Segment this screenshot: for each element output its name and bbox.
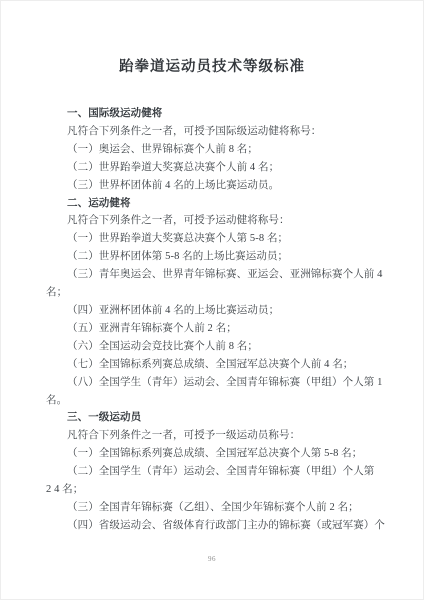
section-intro: 凡符合下列条件之一者，可授予运动健将称号： <box>46 212 385 230</box>
document-body: 一、国际级运动健将凡符合下列条件之一者，可授予国际级运动健将称号：（一）奥运会、… <box>1 105 423 535</box>
list-item: （二）世界跆拳道大奖赛总决赛个人前 4 名； <box>46 159 385 177</box>
list-item: （二）世界杯团体第 5-8 名的上场比赛运动员； <box>46 248 385 266</box>
list-item: （二）全国学生（青年）运动会、全国青年锦标赛（甲组）个人第 <box>46 463 385 481</box>
section-heading: 三、一级运动员 <box>46 409 385 427</box>
list-item-continuation: 2 4 名； <box>46 481 385 499</box>
section-intro: 凡符合下列条件之一者，可授予国际级运动健将称号： <box>46 123 385 141</box>
section-heading: 一、国际级运动健将 <box>46 105 385 123</box>
list-item: （三）世界杯团体前 4 名的上场比赛运动员。 <box>46 177 385 195</box>
section-intro: 凡符合下列条件之一者，可授予一级运动员称号： <box>46 427 385 445</box>
list-item: （四）省级运动会、省级体育行政部门主办的锦标赛（或冠军赛）个 <box>46 517 385 535</box>
section-heading: 二、运动健将 <box>46 195 385 213</box>
list-item: （三）全国青年锦标赛（乙组）、全国少年锦标赛个人前 2 名； <box>46 499 385 517</box>
list-item-continuation: 名。 <box>46 392 385 410</box>
list-item-continuation: 名； <box>46 284 385 302</box>
list-item: （一）世界跆拳道大奖赛总决赛个人第 5-8 名； <box>46 230 385 248</box>
list-item: （一）奥运会、世界锦标赛个人前 8 名； <box>46 141 385 159</box>
list-item: （三）青年奥运会、世界青年锦标赛、亚运会、亚洲锦标赛个人前 4 <box>46 266 385 284</box>
page-number: 96 <box>1 555 423 563</box>
document-title: 跆拳道运动员技术等级标准 <box>1 1 423 76</box>
list-item: （五）亚洲青年锦标赛个人前 2 名； <box>46 320 385 338</box>
document-page: 跆拳道运动员技术等级标准 一、国际级运动健将凡符合下列条件之一者，可授予国际级运… <box>0 0 424 600</box>
list-item: （七）全国锦标系列赛总成绩、全国冠军总决赛个人前 4 名； <box>46 356 385 374</box>
list-item: （六）全国运动会竞技比赛个人前 8 名； <box>46 338 385 356</box>
list-item: （四）亚洲杯团体前 4 名的上场比赛运动员； <box>46 302 385 320</box>
list-item: （八）全国学生（青年）运动会、全国青年锦标赛（甲组）个人第 1 <box>46 374 385 392</box>
list-item: （一）全国锦标系列赛总成绩、全国冠军总决赛个人第 5-8 名； <box>46 445 385 463</box>
